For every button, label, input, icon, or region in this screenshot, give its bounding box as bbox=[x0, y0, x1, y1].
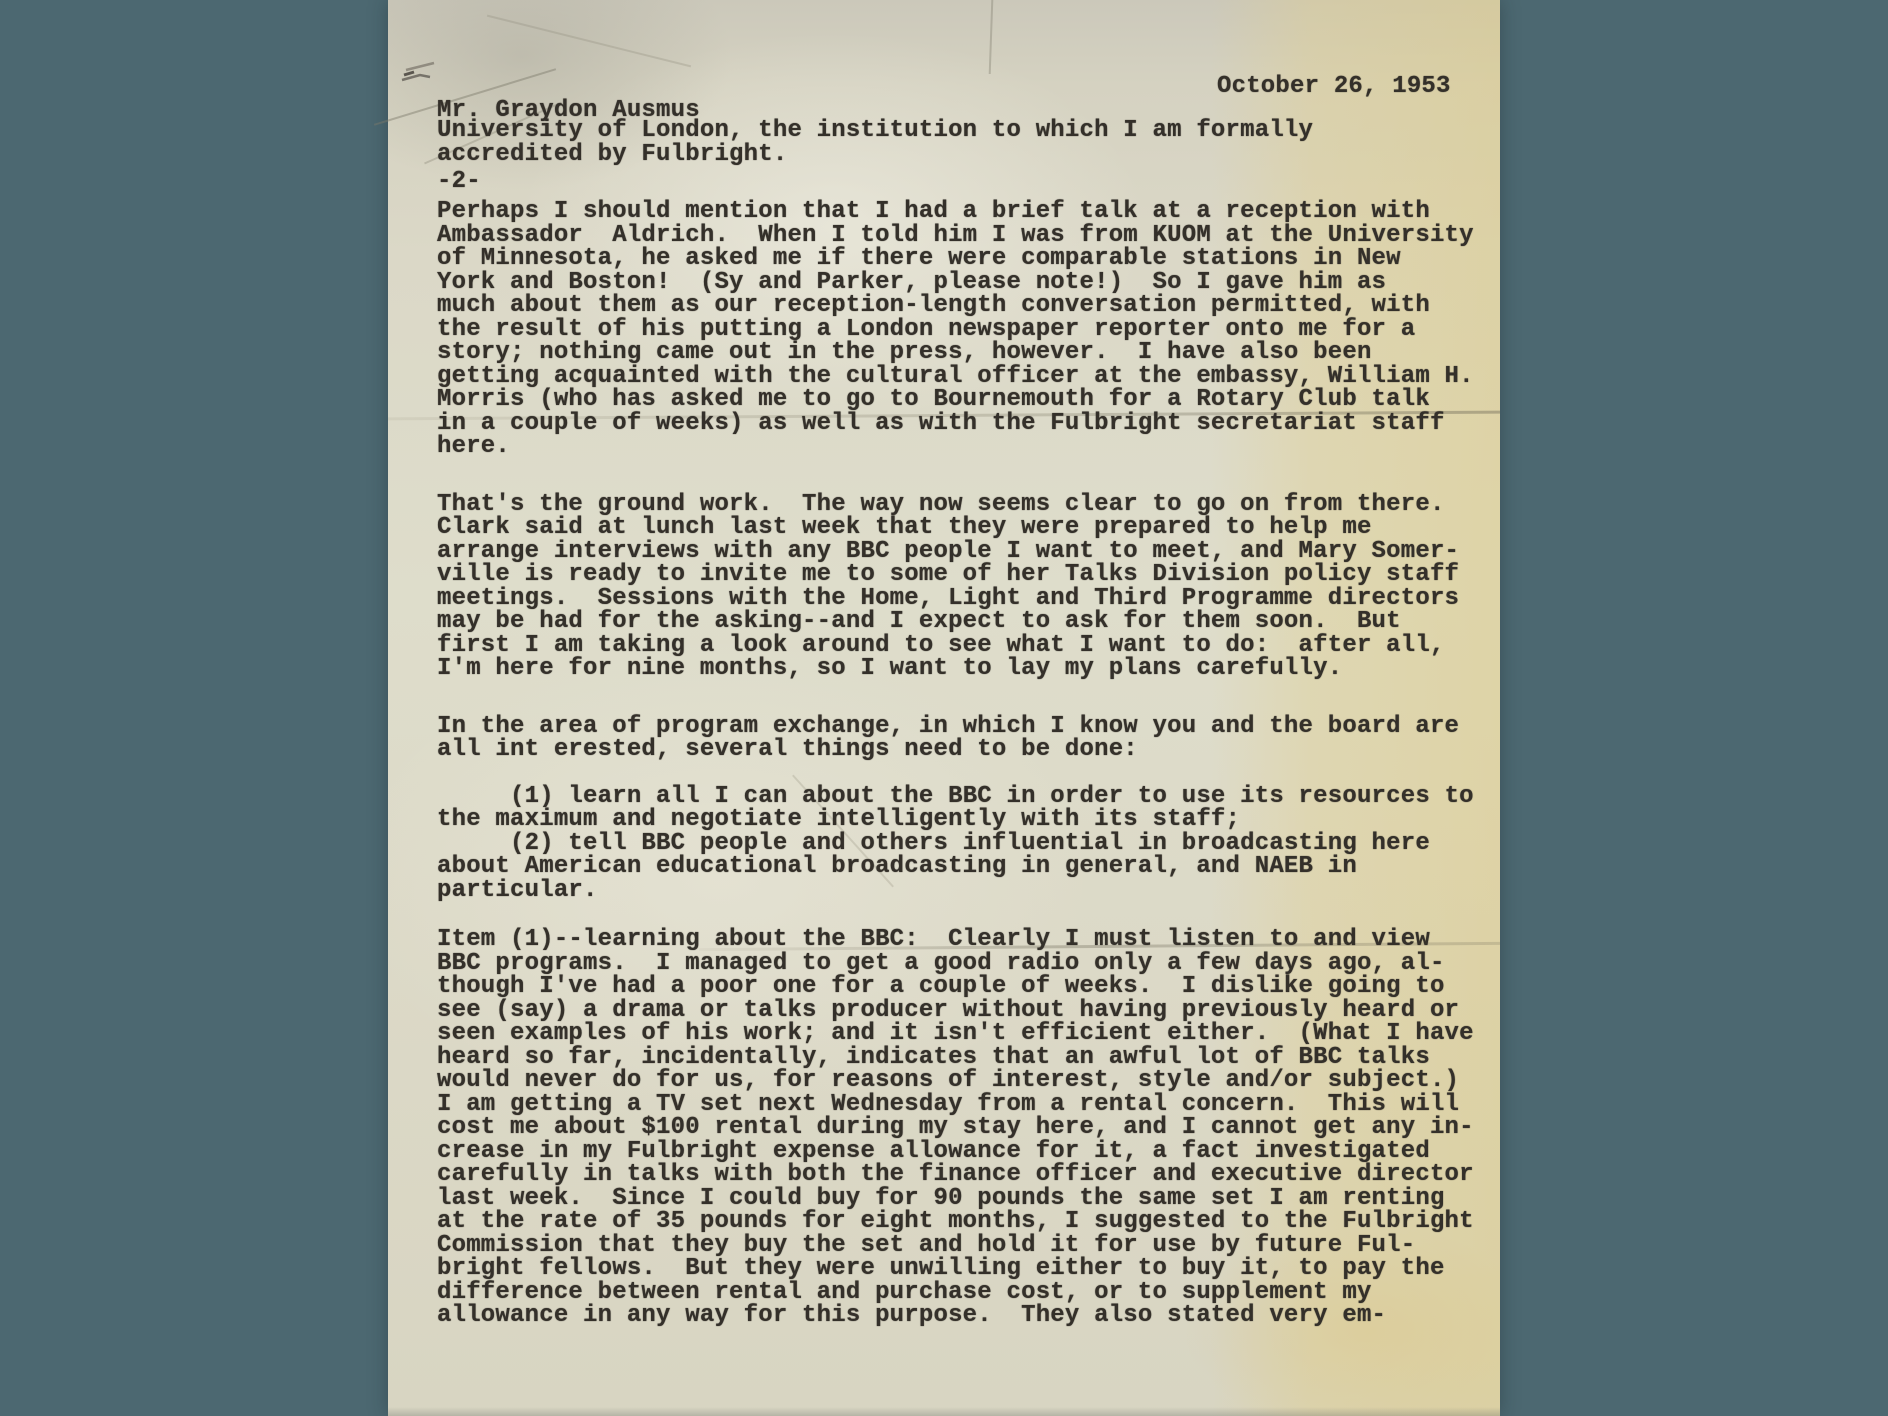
letter-page: Mr. Graydon Ausmus -2- October 26, 1953 … bbox=[388, 0, 1500, 1416]
paragraph-item-one-bbc: Item (1)--learning about the BBC: Clearl… bbox=[437, 928, 1487, 1328]
letter-body: University of London, the institution to… bbox=[437, 119, 1487, 1328]
scan-backdrop: { "letter": { "kind": "typewritten lette… bbox=[0, 0, 1888, 1416]
paragraph-program-exchange: In the area of program exchange, in whic… bbox=[437, 715, 1487, 762]
paper-bottom-shadow bbox=[388, 1407, 1500, 1416]
paragraph-numbered-items: (1) learn all I can about the BBC in ord… bbox=[437, 785, 1487, 903]
paragraph-ambassador-reception: Perhaps I should mention that I had a br… bbox=[437, 200, 1487, 459]
paragraph-ground-work: That's the ground work. The way now seem… bbox=[437, 493, 1487, 681]
date-line: October 26, 1953 bbox=[1217, 75, 1451, 99]
paragraph-accreditation: University of London, the institution to… bbox=[437, 119, 1487, 166]
paper-vertical-crease bbox=[989, 0, 994, 74]
